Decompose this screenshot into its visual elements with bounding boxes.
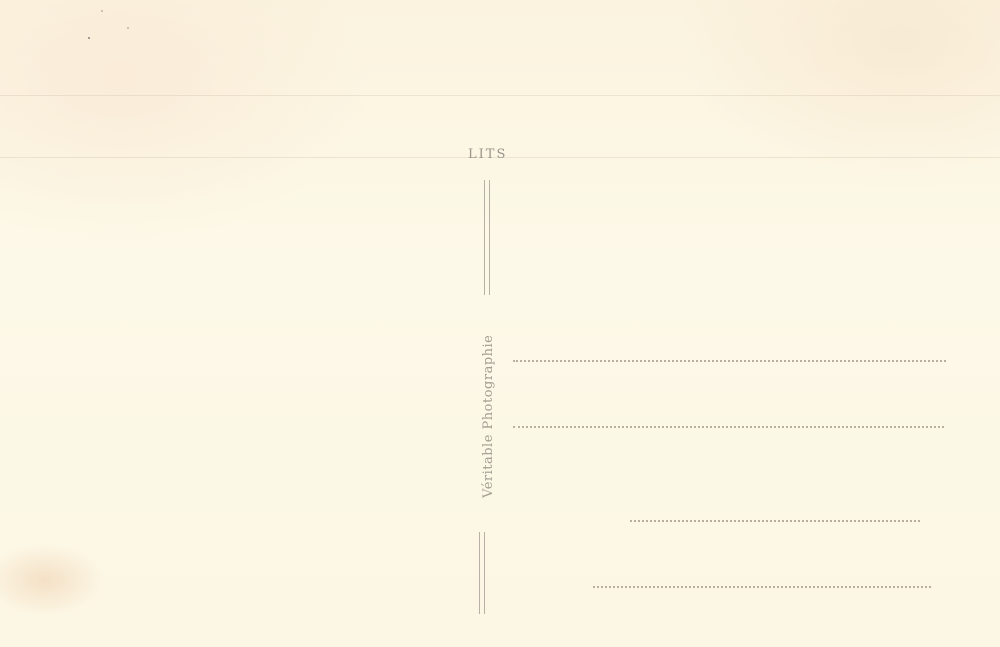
header-label: LITS bbox=[468, 147, 507, 162]
divider-line bbox=[479, 532, 480, 614]
fold-line-top bbox=[0, 95, 1000, 96]
divider-line bbox=[484, 180, 485, 295]
address-line-2[interactable] bbox=[513, 426, 944, 428]
postcard-back: LITS Véritable Photographie bbox=[0, 0, 1000, 647]
speck bbox=[101, 10, 103, 12]
address-line-1[interactable] bbox=[513, 360, 946, 362]
divider-line bbox=[489, 180, 490, 295]
address-line-3[interactable] bbox=[630, 520, 920, 522]
speck bbox=[127, 27, 129, 29]
speck bbox=[88, 37, 90, 39]
vertical-caption: Véritable Photographie bbox=[481, 335, 496, 498]
address-line-4[interactable] bbox=[593, 586, 931, 588]
divider-line bbox=[484, 532, 485, 614]
